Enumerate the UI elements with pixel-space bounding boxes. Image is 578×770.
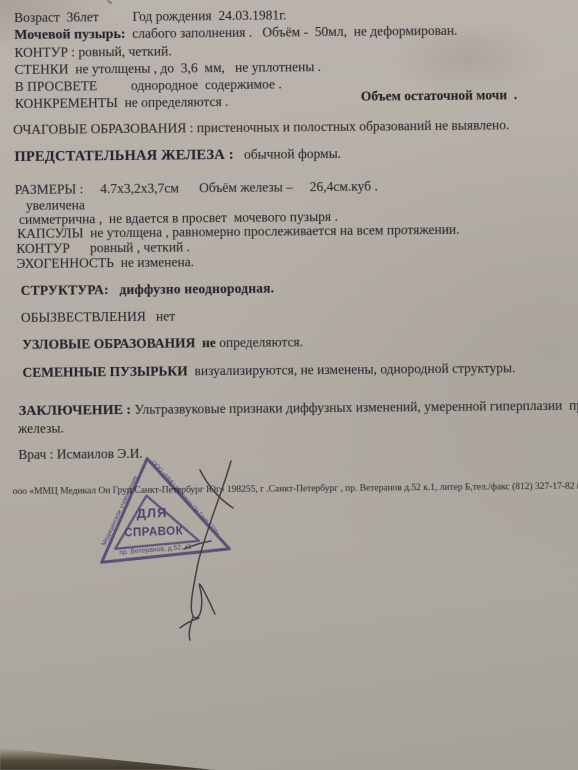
line-prostate-header: ПРЕДСТАТЕЛЬНАЯ ЖЕЛЕЗА : обычной формы. — [14, 146, 341, 166]
seminal-value: визуализируются, не изменены, однородной… — [188, 360, 516, 378]
line-echogenicity: ЭХОГЕННОСТЬ не изменена. — [16, 254, 194, 272]
stamp-svg: ДЛЯ СПРАВОК пр. Ветеранов, д.52, к1 Меди… — [84, 443, 249, 581]
line-bladder-contour: КОНТУР : ровный, четкий. — [14, 43, 171, 61]
line-concrements: КОНКРЕМЕНТЫ не определяются . — [15, 94, 229, 112]
conclusion-label: ЗАКЛЮЧЕНИЕ : — [19, 403, 131, 419]
line-sizes: РАЗМЕРЫ : 4.7х3,2х3,7см Объём железы – 2… — [15, 179, 378, 198]
residual-urine-label: Объем остаточной мочи . — [361, 87, 518, 105]
conclusion-text: Ультразвуковые признаки диффузных измене… — [131, 397, 578, 417]
line-conclusion-2: железы. — [18, 421, 64, 437]
line-bladder: Мочевой пузырь: слабого заполнения . Объ… — [14, 23, 457, 44]
line-capsule: КАПСУЛЫ не утолщена , равномерно прослеж… — [17, 222, 460, 242]
stamp: ДЛЯ СПРАВОК пр. Ветеранов, д.52, к1 Меди… — [84, 443, 249, 581]
line-structure: СТРУКТУРА: диффузно неоднородная. — [21, 281, 275, 299]
stamp-center-text-1: ДЛЯ — [136, 505, 167, 521]
report-text: Возраст 36лет Год рождения 24.03.1981г. … — [0, 0, 578, 770]
prostate-shape: обычной формы. — [234, 146, 341, 162]
nodules-value: определяются. — [216, 334, 303, 350]
line-nodules: УЗЛОВЫЕ ОБРАЗОВАНИЯ не определяются. — [22, 334, 303, 353]
seminal-title: СЕМЕННЫЕ ПУЗЫРЬКИ — [22, 363, 187, 380]
line-calcifications: ОБЫЗВЕСТВЛЕНИЯ нет — [21, 308, 175, 325]
document-photo: Возраст 36лет Год рождения 24.03.1981г. … — [0, 0, 578, 770]
nodules-title: УЗЛОВЫЕ ОБРАЗОВАНИЯ не — [22, 335, 216, 352]
stamp-center-text-2: СПРАВОК — [124, 525, 184, 539]
bladder-title: Мочевой пузырь: — [14, 27, 125, 43]
line-walls: СТЕНКИ не утолщены , до 3,6 мм, не уплот… — [14, 59, 321, 78]
prostate-title: ПРЕДСТАТЕЛЬНАЯ ЖЕЛЕЗА : — [14, 147, 234, 165]
line-seminal: СЕМЕННЫЕ ПУЗЫРЬКИ визуализируются, не из… — [22, 360, 515, 381]
line-lumen: В ПРОСВЕТЕ однородное содержимое . — [15, 76, 282, 95]
bladder-desc: слабого заполнения . Объём - 50мл, не де… — [125, 23, 457, 41]
line-age-dob: Возраст 36лет Год рождения 24.03.1981г. — [14, 7, 287, 26]
line-conclusion: ЗАКЛЮЧЕНИЕ : Ультразвуковые признаки диф… — [19, 397, 578, 420]
line-focal: ОЧАГОВЫЕ ОБРАЗОВАНИЯ : пристеночных и по… — [13, 117, 509, 138]
